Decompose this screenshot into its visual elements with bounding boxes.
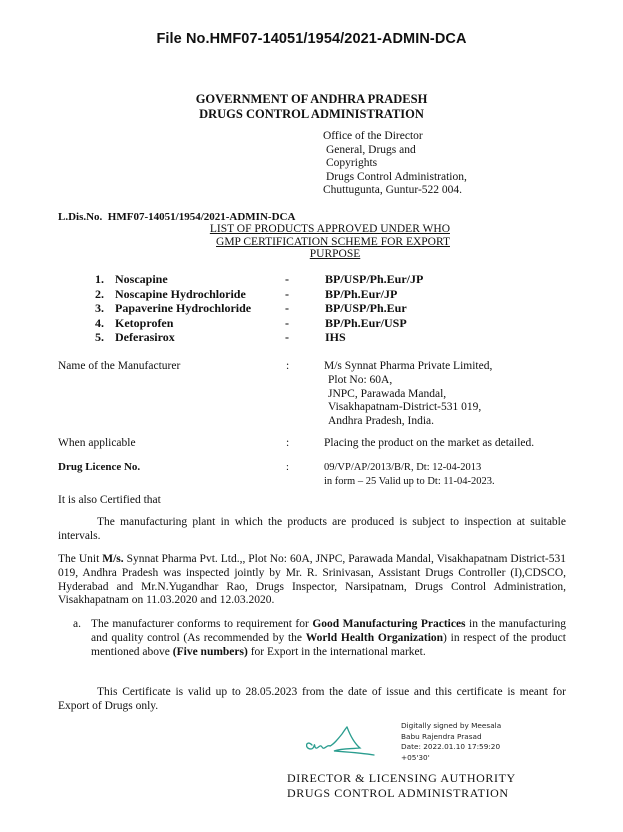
list-title: LIST OF PRODUCTS APPROVED UNDER WHO GMP … bbox=[150, 223, 450, 261]
product-name: Noscapine Hydrochloride bbox=[115, 287, 285, 302]
gmp-emphasis: Good Manufacturing Practices bbox=[312, 618, 465, 630]
product-number: 2. bbox=[95, 287, 115, 302]
address-line: General, Drugs and bbox=[323, 144, 467, 158]
signature-line: Date: 2022.01.10 17:59:20 bbox=[401, 742, 501, 753]
manufacturer-label: Name of the Manufacturer bbox=[58, 360, 286, 429]
product-separator: - bbox=[285, 287, 325, 302]
product-row: 4. Ketoprofen - BP/Ph.Eur/USP bbox=[95, 316, 423, 331]
signature-graphic bbox=[302, 725, 394, 762]
product-standard: BP/Ph.Eur/USP bbox=[325, 316, 407, 331]
five-numbers-emphasis: (Five numbers) bbox=[173, 646, 248, 658]
product-row: 1. Noscapine - BP/USP/Ph.Eur/JP bbox=[95, 272, 423, 287]
drug-licence-value: 09/VP/AP/2013/B/R, Dt: 12-04-2013 in for… bbox=[324, 461, 584, 489]
address-line: Office of the Director bbox=[323, 130, 467, 144]
product-standard: BP/USP/Ph.Eur bbox=[325, 301, 407, 316]
product-name: Papaverine Hydrochloride bbox=[115, 301, 285, 316]
product-standard: BP/Ph.Eur/JP bbox=[325, 287, 397, 302]
product-number: 5. bbox=[95, 330, 115, 345]
inspection-note: The manufacturing plant in which the pro… bbox=[58, 516, 566, 544]
manufacturer-field: Name of the Manufacturer : M/s Synnat Ph… bbox=[58, 360, 584, 429]
address-line: Chuttugunta, Guntur-522 004. bbox=[323, 184, 467, 198]
validity-statement: This Certificate is valid up to 28.05.20… bbox=[58, 686, 566, 714]
manufacturer-value: M/s Synnat Pharma Private Limited, Plot … bbox=[324, 360, 584, 429]
handwritten-signature-icon bbox=[302, 725, 394, 757]
file-number: File No.HMF07-14051/1954/2021-ADMIN-DCA bbox=[0, 31, 623, 47]
manufacturer-line: Andhra Pradesh, India. bbox=[324, 415, 584, 429]
digital-signature-block: Digitally signed by Meesala Babu Rajendr… bbox=[401, 721, 501, 763]
product-row: 2. Noscapine Hydrochloride - BP/Ph.Eur/J… bbox=[95, 287, 423, 302]
product-row: 5. Deferasirox - IHS bbox=[95, 330, 423, 345]
text: The manufacturer conforms to requirement… bbox=[91, 618, 312, 630]
address-line: Copyrights bbox=[323, 157, 467, 171]
field-colon: : bbox=[286, 461, 324, 489]
item-marker: a. bbox=[73, 618, 91, 659]
product-row: 3. Papaverine Hydrochloride - BP/USP/Ph.… bbox=[95, 301, 423, 316]
list-title-line: GMP CERTIFICATION SCHEME FOR EXPORT bbox=[150, 236, 450, 249]
drug-licence-line: 09/VP/AP/2013/B/R, Dt: 12-04-2013 bbox=[324, 461, 584, 475]
office-address: Office of the Director General, Drugs an… bbox=[323, 130, 467, 198]
product-list: 1. Noscapine - BP/USP/Ph.Eur/JP 2. Nosca… bbox=[95, 272, 423, 345]
product-separator: - bbox=[285, 330, 325, 345]
conformance-text: The manufacturer conforms to requirement… bbox=[91, 618, 566, 659]
signatory-line: DIRECTOR & LICENSING AUTHORITY bbox=[287, 771, 516, 786]
manufacturer-line: M/s Synnat Pharma Private Limited, bbox=[324, 360, 584, 374]
product-separator: - bbox=[285, 316, 325, 331]
when-applicable-value: Placing the product on the market as det… bbox=[324, 437, 594, 451]
text: for Export in the international market. bbox=[248, 646, 426, 658]
when-applicable-label: When applicable bbox=[58, 437, 286, 451]
product-number: 1. bbox=[95, 272, 115, 287]
conformance-item: a. The manufacturer conforms to requirem… bbox=[73, 618, 566, 659]
ldis-number: L.Dis.No. HMF07-14051/1954/2021-ADMIN-DC… bbox=[58, 211, 295, 223]
unit-prefix: The Unit bbox=[58, 553, 102, 565]
signature-line: Digitally signed by Meesala bbox=[401, 721, 501, 732]
unit-ms: M/s. bbox=[102, 553, 123, 565]
drug-licence-line: in form – 25 Valid up to Dt: 11-04-2023. bbox=[324, 475, 584, 489]
who-emphasis: World Health Organization bbox=[306, 632, 443, 644]
signature-line: Babu Rajendra Prasad bbox=[401, 732, 501, 743]
product-name: Ketoprofen bbox=[115, 316, 285, 331]
product-standard: BP/USP/Ph.Eur/JP bbox=[325, 272, 423, 287]
signatory-line: DRUGS CONTROL ADMINISTRATION bbox=[287, 786, 516, 801]
manufacturer-line: Visakhapatnam-District-531 019, bbox=[324, 401, 584, 415]
manufacturer-line: Plot No: 60A, bbox=[324, 374, 584, 388]
list-title-line: PURPOSE bbox=[150, 248, 450, 261]
drug-licence-label: Drug Licence No. bbox=[58, 461, 286, 489]
manufacturer-line: JNPC, Parawada Mandal, bbox=[324, 388, 584, 402]
department-header: GOVERNMENT OF ANDHRA PRADESH DRUGS CONTR… bbox=[0, 92, 623, 122]
field-colon: : bbox=[286, 437, 324, 451]
list-title-line: LIST OF PRODUCTS APPROVED UNDER WHO bbox=[150, 223, 450, 236]
field-colon: : bbox=[286, 360, 324, 429]
certified-intro: It is also Certified that bbox=[58, 494, 566, 508]
signature-line: +05'30' bbox=[401, 753, 501, 764]
product-standard: IHS bbox=[325, 330, 346, 345]
signatory-title: DIRECTOR & LICENSING AUTHORITY DRUGS CON… bbox=[287, 771, 516, 800]
product-name: Deferasirox bbox=[115, 330, 285, 345]
address-line: Drugs Control Administration, bbox=[323, 171, 467, 185]
product-separator: - bbox=[285, 272, 325, 287]
unit-details: Synnat Pharma Pvt. Ltd.,, Plot No: 60A, … bbox=[58, 553, 566, 606]
government-title: GOVERNMENT OF ANDHRA PRADESH bbox=[0, 92, 623, 107]
product-number: 4. bbox=[95, 316, 115, 331]
unit-paragraph: The Unit M/s. Synnat Pharma Pvt. Ltd.,, … bbox=[58, 553, 566, 608]
drug-licence-field: Drug Licence No. : 09/VP/AP/2013/B/R, Dt… bbox=[58, 461, 584, 489]
product-number: 3. bbox=[95, 301, 115, 316]
product-name: Noscapine bbox=[115, 272, 285, 287]
administration-title: DRUGS CONTROL ADMINISTRATION bbox=[0, 107, 623, 122]
product-separator: - bbox=[285, 301, 325, 316]
when-applicable-field: When applicable : Placing the product on… bbox=[58, 437, 594, 451]
